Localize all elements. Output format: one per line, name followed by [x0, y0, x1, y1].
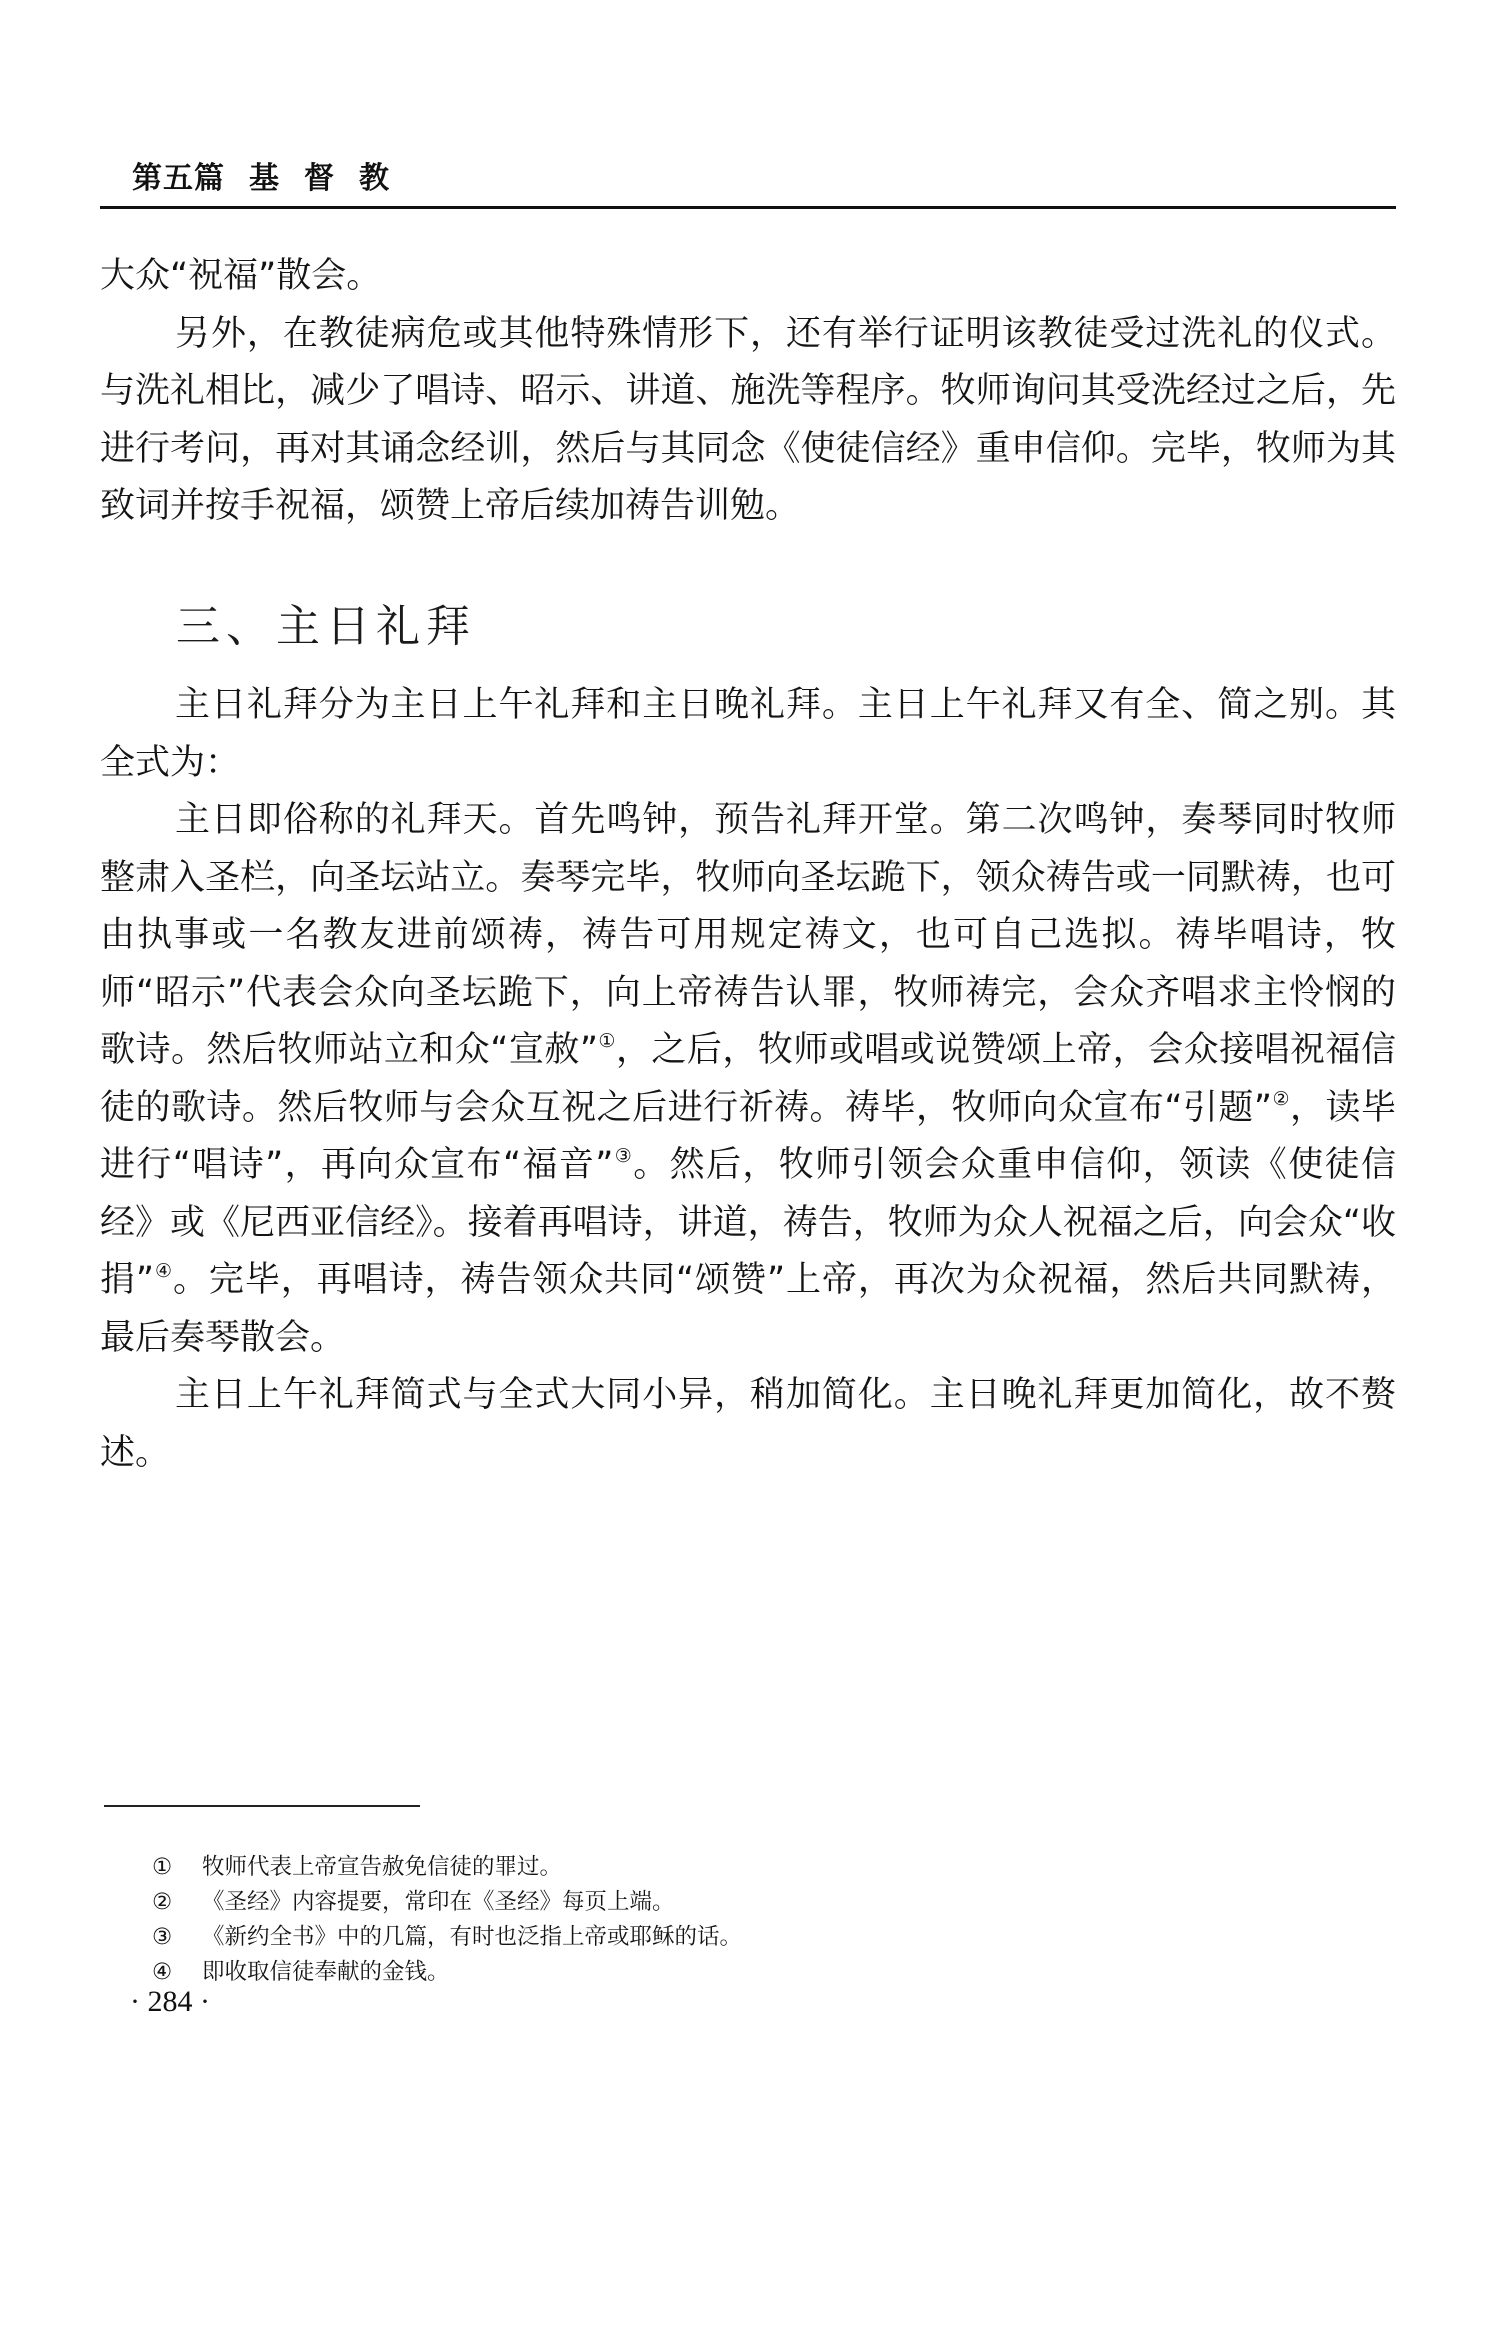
footnote-ref-3[interactable]: ③: [613, 1145, 633, 1167]
footnote-item: ③ 《新约全书》中的几篇，有时也泛指上帝或耶稣的话。: [152, 1920, 742, 1955]
paragraph-intro: 主日礼拜分为主日上午礼拜和主日晚礼拜。主日上午礼拜又有全、简之别。其全式为：: [100, 677, 1396, 792]
paragraph-continued: 大众“祝福”散会。: [100, 248, 1396, 306]
page-number: · 284 ·: [130, 1985, 210, 2019]
footnote-ref-4[interactable]: ④: [154, 1260, 173, 1282]
paragraph-simple-service: 主日上午礼拜简式与全式大同小异，稍加简化。主日晚礼拜更加简化，故不赘述。: [100, 1367, 1396, 1482]
footnote-item: ② 《圣经》内容提要，常印在《圣经》每页上端。: [152, 1885, 742, 1920]
footnote-mark: ①: [152, 1850, 202, 1885]
running-head: 第五篇基督教: [132, 153, 390, 197]
footnote-mark: ②: [152, 1885, 202, 1920]
section-heading: 三、主日礼拜: [176, 590, 476, 654]
footnote-item: ④ 即收取信徒奉献的金钱。: [152, 1955, 742, 1990]
footnote-mark: ③: [152, 1920, 202, 1955]
footnote-ref-1[interactable]: ①: [598, 1030, 616, 1052]
footnote-ref-2[interactable]: ②: [1272, 1088, 1290, 1110]
footnotes: ① 牧师代表上帝宣告赦免信徒的罪过。 ② 《圣经》内容提要，常印在《圣经》每页上…: [152, 1850, 742, 1990]
footnote-item: ① 牧师代表上帝宣告赦免信徒的罪过。: [152, 1850, 742, 1885]
body-text-main: 主日礼拜分为主日上午礼拜和主日晚礼拜。主日上午礼拜又有全、简之别。其全式为： 主…: [100, 677, 1396, 1482]
part-title-char: 基: [249, 161, 280, 196]
text-segment: 。完毕，再唱诗，祷告领众共同“颂赞”上帝，再次为众祝福，然后共同默祷，最后奏琴散…: [100, 1260, 1396, 1358]
footnote-text: 牧师代表上帝宣告赦免信徒的罪过。: [202, 1850, 562, 1885]
header-rule: [100, 206, 1396, 209]
part-label: 第五篇: [132, 161, 225, 196]
book-page: 第五篇基督教 大众“祝福”散会。 另外，在教徒病危或其他特殊情形下，还有举行证明…: [0, 0, 1500, 2328]
footnote-text: 《新约全书》中的几篇，有时也泛指上帝或耶稣的话。: [202, 1920, 742, 1955]
paragraph-sick-baptism: 另外，在教徒病危或其他特殊情形下，还有举行证明该教徒受过洗礼的仪式。与洗礼相比，…: [100, 306, 1396, 536]
part-title-char: 教: [359, 161, 390, 196]
body-text-top: 大众“祝福”散会。 另外，在教徒病危或其他特殊情形下，还有举行证明该教徒受过洗礼…: [100, 248, 1396, 536]
footnote-text: 即收取信徒奉献的金钱。: [202, 1955, 450, 1990]
part-title-char: 督: [304, 161, 335, 196]
paragraph-full-service: 主日即俗称的礼拜天。首先鸣钟，预告礼拜开堂。第二次鸣钟，奏琴同时牧师整肃入圣栏，…: [100, 792, 1396, 1367]
footnote-text: 《圣经》内容提要，常印在《圣经》每页上端。: [202, 1885, 675, 1920]
footnote-rule: [104, 1805, 420, 1807]
